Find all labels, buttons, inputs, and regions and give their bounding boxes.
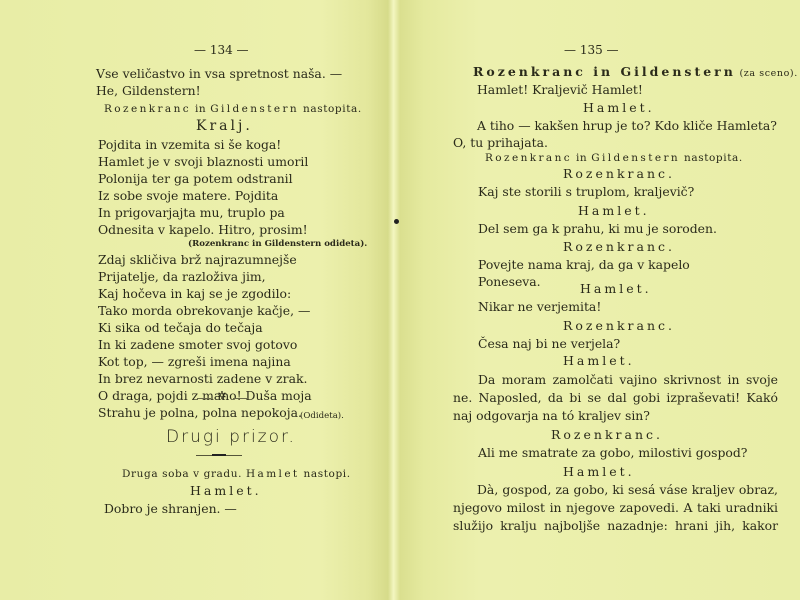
- speaker-hamlet: Hamlet.: [583, 100, 655, 116]
- text-line: Nikar ne verjemita!: [478, 299, 601, 315]
- stage-text: nastopita.: [299, 103, 362, 115]
- right-page: — 135 — Rozenkranc in Gildenstern (za sc…: [453, 0, 768, 600]
- speaker-rozenkranc: Rozenkranc.: [563, 166, 675, 182]
- text-line: Poneseva.: [478, 274, 541, 290]
- text-line: Povejte nama kraj, da ga v kapelo: [478, 257, 690, 273]
- stage-direction: Druga soba v gradu. Hamlet nastopi.: [122, 466, 351, 482]
- stage-text: in: [191, 103, 210, 115]
- prose-line: Dà, gospod, za gobo, ki sesá váse kralje…: [477, 482, 778, 498]
- text-line: Dobro je shranjen. —: [104, 501, 237, 517]
- text-line: Ali me smatrate za gobo, milostivi gospo…: [478, 445, 747, 461]
- text-line: Del sem ga k prahu, ki mu je soroden.: [478, 221, 717, 237]
- stage-text: nastopi.: [300, 468, 351, 480]
- verse-line: Iz sobe svoje matere. Pojdita: [98, 188, 278, 204]
- verse-line: In ki zadene smoter svoj gotovo: [98, 337, 297, 353]
- speaker-hamlet: Hamlet.: [580, 281, 652, 297]
- stage-direction: Rozenkranc in Gildenstern nastopita.: [485, 150, 743, 166]
- text-line: Hamlet! Kraljevič Hamlet!: [477, 82, 643, 98]
- title-rule-center: [212, 454, 226, 456]
- scene-title: Drugi prizor.: [166, 429, 296, 445]
- prose-line: njegovo milost in njegove zapovedi. A ta…: [453, 500, 778, 516]
- verse-line: Kot top, — zgreši imena najina: [98, 354, 291, 370]
- stage-text: (za sceno).: [736, 68, 798, 79]
- verse-line: In brez nevarnosti zadene v zrak.: [98, 371, 307, 387]
- prose-line: ne. Naposled, da bi se dal gobi izprašev…: [453, 390, 778, 406]
- speaker-kralj: Kralj.: [196, 118, 253, 134]
- verse-line: Hamlet je v svoji blaznosti umoril: [98, 154, 308, 170]
- verse-line: Pojdita in vzemita si še koga!: [98, 137, 281, 153]
- stage-text: nastopita.: [680, 152, 743, 164]
- text-line: Kaj ste storili s truplom, kraljevič?: [478, 184, 694, 200]
- ornament-rule-left: [197, 398, 211, 399]
- verse-line: Prijatelje, da razloživa jim,: [98, 269, 266, 285]
- stage-name: Rozenkranc: [104, 103, 191, 115]
- speaker-rozenkranc: Rozenkranc.: [563, 318, 675, 334]
- stage-name: Gildenstern: [210, 103, 299, 115]
- speaker-hamlet: Hamlet.: [578, 203, 650, 219]
- prose-line: služijo kralju najboljše nazadnje: hrani…: [453, 518, 778, 534]
- exit-note: (Rozenkranc in Gildenstern odideta).: [188, 236, 367, 252]
- stage-text: Druga soba v gradu.: [122, 468, 246, 480]
- prose-line: naj odgovarja na tó kraljev sin?: [453, 408, 650, 424]
- verse-line: Kaj hočeva in kaj se je zgodilo:: [98, 286, 291, 302]
- verse-line: Tako morda obrekovanje kačje, —: [98, 303, 310, 319]
- text-line: A tiho — kakšen hrup je to? Kdo kliče Ha…: [477, 118, 777, 134]
- exit-note: (Odideta).: [300, 408, 344, 424]
- asterism-icon: ✲: [217, 389, 226, 402]
- speaker-hamlet: Hamlet.: [190, 483, 262, 499]
- ornament-rule-right: [233, 398, 247, 399]
- speaker-hamlet: Hamlet.: [563, 353, 635, 369]
- section-ornament: ✲: [197, 389, 247, 409]
- gutter-speck: [394, 219, 399, 224]
- text-line: Vse veličastvo in vsa spretnost naša. —: [96, 66, 342, 82]
- stage-name: Hamlet: [246, 468, 300, 480]
- page-number-left: — 134 —: [194, 42, 249, 58]
- stage-name: Gildenstern: [591, 152, 680, 164]
- text-line: Česa naj bi ne verjela?: [478, 336, 620, 352]
- book-spread: — 134 — Vse veličastvo in vsa spretnost …: [0, 0, 800, 600]
- prose-line: Da moram zamolčati vajino skrivnost in s…: [478, 372, 778, 388]
- text-line: He, Gildenstern!: [96, 83, 201, 99]
- text-line: O, tu prihajata.: [453, 135, 548, 151]
- stage-name: Rozenkranc: [485, 152, 572, 164]
- speaker-rozenkranc: Rozenkranc.: [551, 427, 663, 443]
- speaker-rozenkranc: Rozenkranc.: [563, 239, 675, 255]
- offstage-line: Rozenkranc in Gildenstern (za sceno).: [473, 64, 798, 82]
- verse-line: In prigovarjajta mu, truplo pa: [98, 205, 285, 221]
- speaker-names: Rozenkranc in Gildenstern: [473, 64, 736, 79]
- verse-line: Ki sika od tečaja do tečaja: [98, 320, 263, 336]
- stage-direction: Rozenkranc in Gildenstern nastopita.: [104, 101, 362, 117]
- speaker-hamlet: Hamlet.: [563, 464, 635, 480]
- stage-text: in: [572, 152, 591, 164]
- verse-line: Polonija ter ga potem odstranil: [98, 171, 293, 187]
- page-number-right: — 135 —: [564, 42, 619, 58]
- verse-line: Zdaj skličiva brž najrazumnejše: [98, 252, 297, 268]
